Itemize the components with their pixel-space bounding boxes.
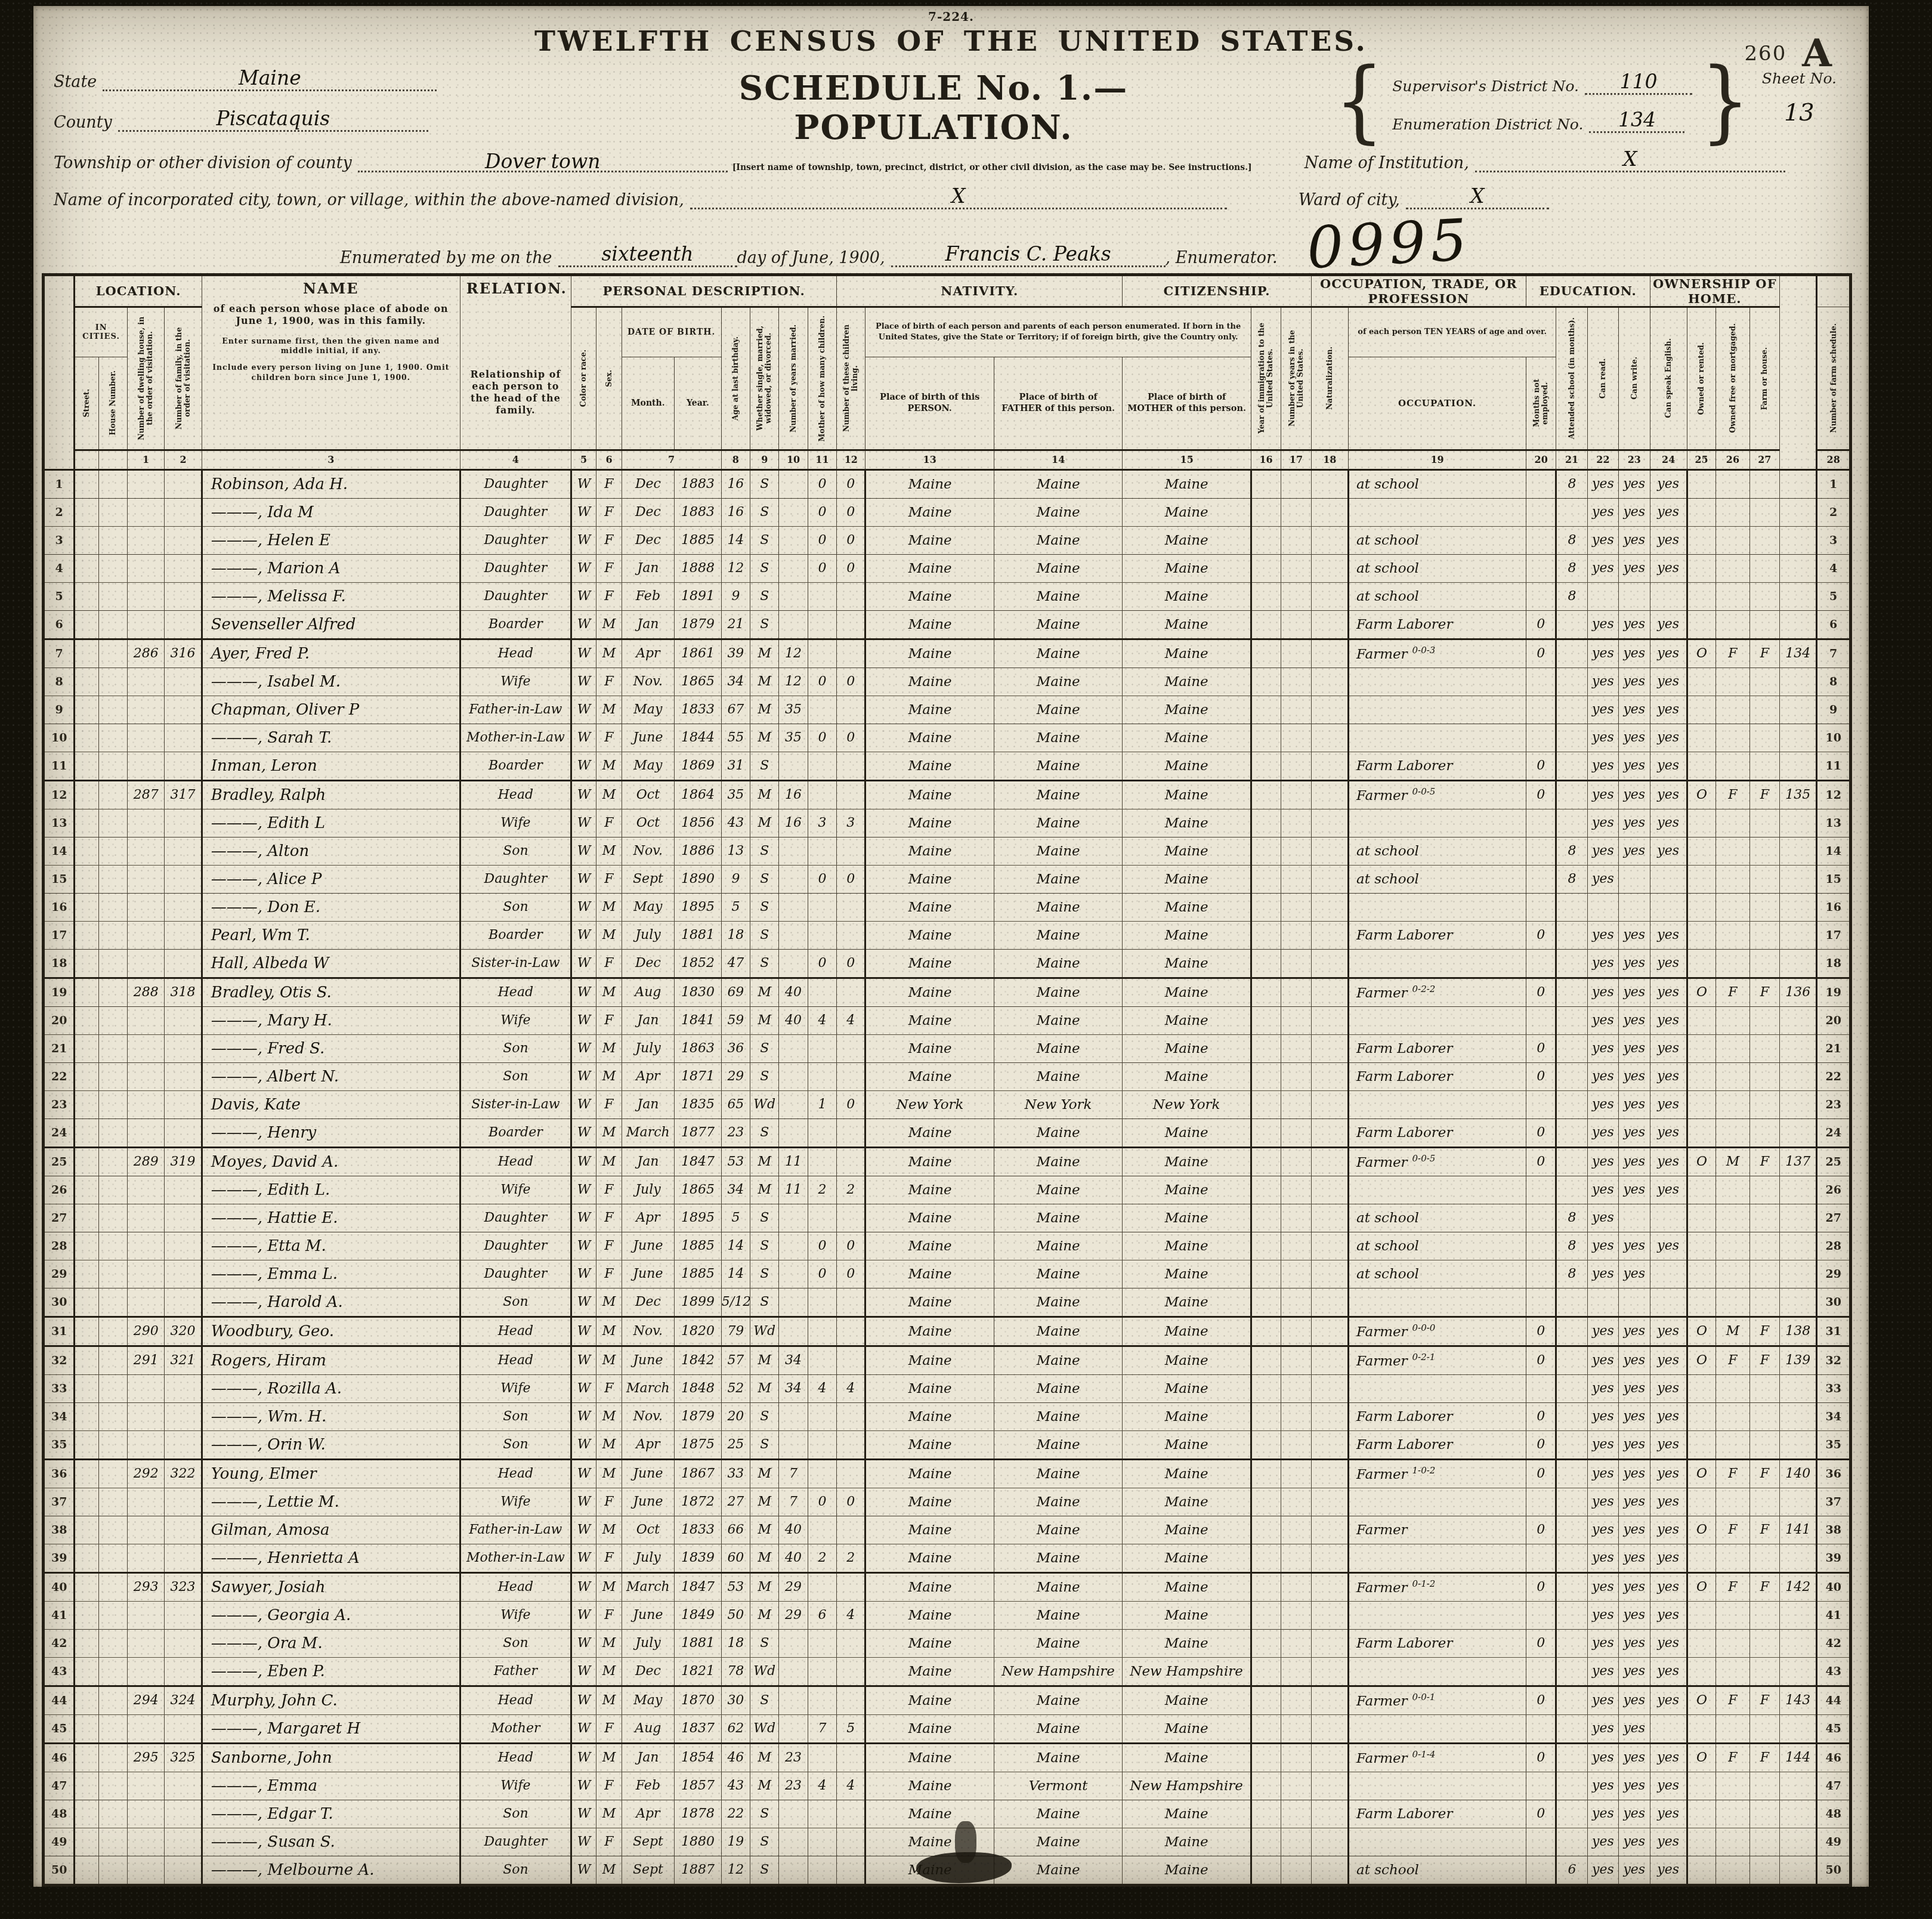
- cell-m: S: [750, 893, 779, 921]
- cell-mn: 0: [1526, 921, 1556, 949]
- cell-en: yes: [1650, 1118, 1687, 1147]
- cell-att: [1556, 1743, 1587, 1772]
- cell-yis: [1281, 865, 1311, 893]
- cell-ym: 16: [779, 780, 808, 809]
- cell-fam: 317: [165, 780, 202, 809]
- line-number: 34: [1817, 1402, 1851, 1430]
- cell-yr: 1847: [675, 1572, 722, 1601]
- cell-name: ———, Henrietta A: [202, 1544, 460, 1572]
- cell-occ: at school: [1349, 469, 1526, 498]
- cell-imm: [1251, 1459, 1281, 1488]
- cell-pb: Maine: [865, 668, 994, 696]
- cell-pb: Maine: [865, 921, 994, 949]
- cell-imm: [1251, 809, 1281, 837]
- cell-c: W: [571, 1601, 596, 1629]
- cell-fs: [1779, 1657, 1816, 1686]
- cell-fm: [1716, 1657, 1749, 1686]
- cell-mo: Dec: [622, 949, 675, 978]
- cell-mo: May: [622, 752, 675, 780]
- cell-yr: 1891: [675, 582, 722, 610]
- cell-s: M: [596, 1629, 622, 1657]
- cell-rd: yes: [1587, 1544, 1618, 1572]
- cell-mn: 0: [1526, 1062, 1556, 1090]
- cell-name: ———, Isabel M.: [202, 668, 460, 696]
- cell-imm: [1251, 978, 1281, 1006]
- cell-fh: [1749, 949, 1779, 978]
- line-number: 48: [44, 1800, 75, 1828]
- cell-fm: [1716, 1402, 1749, 1430]
- line-number: 23: [44, 1090, 75, 1118]
- cell-m: S: [750, 554, 779, 582]
- cell-dw: [127, 724, 164, 752]
- cell-fh: F: [1749, 1572, 1779, 1601]
- cell-wr: yes: [1619, 949, 1650, 978]
- cell-fh: [1749, 554, 1779, 582]
- cell-rd: yes: [1587, 752, 1618, 780]
- col-farm-or-house: Farm or house.: [1749, 307, 1779, 450]
- col-naturalization: Naturalization.: [1311, 307, 1348, 450]
- cell-wr: yes: [1619, 1062, 1650, 1090]
- cell-wr: yes: [1619, 1772, 1650, 1800]
- cell-rd: yes: [1587, 724, 1618, 752]
- cell-pb: Maine: [865, 582, 994, 610]
- cell-pm: New Hampshire: [1123, 1657, 1251, 1686]
- cell-fam: [165, 893, 202, 921]
- cell-pb: Maine: [865, 1800, 994, 1828]
- col-age: Age at last birthday.: [721, 307, 750, 450]
- cell-nat: [1311, 921, 1348, 949]
- cell-s: F: [596, 1232, 622, 1260]
- cell-rd: yes: [1587, 554, 1618, 582]
- cell-m: M: [750, 1516, 779, 1544]
- cell-yis: [1281, 610, 1311, 639]
- cell-house: [98, 837, 127, 865]
- cell-fam: [165, 1034, 202, 1062]
- cell-nat: [1311, 837, 1348, 865]
- cell-wr: yes: [1619, 921, 1650, 949]
- cell-yr: 1867: [675, 1459, 722, 1488]
- cell-m: M: [750, 1374, 779, 1402]
- cell-nat: [1311, 1572, 1348, 1601]
- cell-yr: 1852: [675, 949, 722, 978]
- cell-cl: [837, 1062, 865, 1090]
- cell-mo: Oct: [622, 780, 675, 809]
- cell-house: [98, 949, 127, 978]
- page-stamp-number: 260: [1744, 42, 1786, 66]
- cell-nat: [1311, 1430, 1348, 1459]
- cell-occ: Farmer: [1349, 1516, 1526, 1544]
- cell-own: O: [1687, 1317, 1715, 1346]
- cell-rel: Head: [460, 1147, 571, 1176]
- cell-name: ———, Harold A.: [202, 1288, 460, 1317]
- cell-fam: [165, 1232, 202, 1260]
- cell-wr: yes: [1619, 1601, 1650, 1629]
- cell-pf: Maine: [994, 1516, 1123, 1544]
- cell-ym: 35: [779, 724, 808, 752]
- cell-yr: 1880: [675, 1828, 722, 1856]
- cell-street: [75, 1034, 98, 1062]
- cell-age: 69: [721, 978, 750, 1006]
- cell-yr: 1837: [675, 1714, 722, 1743]
- cell-ym: [779, 1657, 808, 1686]
- cell-mo: Nov.: [622, 668, 675, 696]
- cell-mc: [808, 1288, 836, 1317]
- cell-street: [75, 1402, 98, 1430]
- cell-rd: yes: [1587, 1062, 1618, 1090]
- cell-mo: Nov.: [622, 1317, 675, 1346]
- cell-yis: [1281, 1118, 1311, 1147]
- cell-nat: [1311, 1176, 1348, 1204]
- cell-house: [98, 1828, 127, 1856]
- line-number: 34: [44, 1402, 75, 1430]
- cell-name: ———, Alice P: [202, 865, 460, 893]
- cell-yr: 1841: [675, 1006, 722, 1034]
- cell-rd: yes: [1587, 668, 1618, 696]
- cell-name: Bradley, Otis S.: [202, 978, 460, 1006]
- cell-yr: 1854: [675, 1743, 722, 1772]
- cell-pm: Maine: [1123, 1118, 1251, 1147]
- cell-own: [1687, 1204, 1715, 1232]
- cell-dw: [127, 1800, 164, 1828]
- cell-s: M: [596, 837, 622, 865]
- cell-fs: 143: [1779, 1686, 1816, 1714]
- line-number: 44: [44, 1686, 75, 1714]
- state-value: Maine: [103, 66, 437, 91]
- cell-street: [75, 865, 98, 893]
- cell-en: yes: [1650, 1856, 1687, 1885]
- table-row: 9Chapman, Oliver PFather-in-LawWMMay1833…: [44, 696, 1851, 724]
- cell-name: ———, Ora M.: [202, 1629, 460, 1657]
- cell-wr: yes: [1619, 1743, 1650, 1772]
- cell-age: 22: [721, 1800, 750, 1828]
- cell-cl: 0: [837, 1260, 865, 1288]
- table-row: 46295325Sanborne, JohnHeadWMJan185446M23…: [44, 1743, 1851, 1772]
- table-row: 42———, Ora M.SonWMJuly188118SMaineMaineM…: [44, 1629, 1851, 1657]
- column-number: 4: [460, 450, 571, 469]
- cell-att: [1556, 1629, 1587, 1657]
- cell-pm: New York: [1123, 1090, 1251, 1118]
- cell-yis: [1281, 1232, 1311, 1260]
- cell-fh: [1749, 724, 1779, 752]
- cell-cl: [837, 921, 865, 949]
- cell-yis: [1281, 893, 1311, 921]
- cell-own: [1687, 526, 1715, 554]
- cell-fs: [1779, 724, 1816, 752]
- table-row: 49———, Susan S.DaughterWFSept188019SMain…: [44, 1828, 1851, 1856]
- cell-pf: Maine: [994, 1118, 1123, 1147]
- cell-fh: [1749, 1374, 1779, 1402]
- cell-c: W: [571, 639, 596, 668]
- cell-att: 8: [1556, 865, 1587, 893]
- cell-imm: [1251, 1232, 1281, 1260]
- cell-yr: 1879: [675, 1402, 722, 1430]
- column-number: 11: [808, 450, 836, 469]
- cell-ym: 12: [779, 639, 808, 668]
- cell-rel: Wife: [460, 1488, 571, 1516]
- cell-en: yes: [1650, 1147, 1687, 1176]
- cell-rel: Wife: [460, 1006, 571, 1034]
- cell-ym: [779, 1260, 808, 1288]
- cell-att: [1556, 498, 1587, 526]
- cell-s: M: [596, 639, 622, 668]
- cell-fm: [1716, 752, 1749, 780]
- cell-dw: 287: [127, 780, 164, 809]
- cell-pf: Maine: [994, 1260, 1123, 1288]
- cell-own: O: [1687, 1459, 1715, 1488]
- cell-fam: [165, 1062, 202, 1090]
- cell-fh: [1749, 1772, 1779, 1800]
- cell-name: ———, Edgar T.: [202, 1800, 460, 1828]
- cell-nat: [1311, 639, 1348, 668]
- cell-age: 14: [721, 526, 750, 554]
- cell-wr: [1619, 582, 1650, 610]
- cell-c: W: [571, 837, 596, 865]
- state-field: State Maine: [54, 66, 620, 91]
- line-number: 47: [44, 1772, 75, 1800]
- cell-yr: 1887: [675, 1856, 722, 1885]
- line-number: 47: [1817, 1772, 1851, 1800]
- cell-mc: [808, 1828, 836, 1856]
- cell-fs: [1779, 1828, 1816, 1856]
- cell-street: [75, 1288, 98, 1317]
- line-number: 2: [1817, 498, 1851, 526]
- cell-pb: Maine: [865, 1516, 994, 1544]
- cell-rd: yes: [1587, 1317, 1618, 1346]
- cell-age: 50: [721, 1601, 750, 1629]
- cell-yr: 1895: [675, 893, 722, 921]
- schedule-block: SCHEDULE No. 1.—POPULATION.: [620, 66, 1247, 147]
- cell-nat: [1311, 865, 1348, 893]
- cell-wr: yes: [1619, 1686, 1650, 1714]
- cell-mn: [1526, 1090, 1556, 1118]
- cell-fs: [1779, 1288, 1816, 1317]
- cell-pb: Maine: [865, 1601, 994, 1629]
- cell-fs: 140: [1779, 1459, 1816, 1488]
- cell-fm: [1716, 582, 1749, 610]
- cell-rel: Son: [460, 1288, 571, 1317]
- cell-pm: Maine: [1123, 837, 1251, 865]
- cell-yis: [1281, 1374, 1311, 1402]
- cell-occ: at school: [1349, 1232, 1526, 1260]
- cell-c: W: [571, 1516, 596, 1544]
- cell-age: 78: [721, 1657, 750, 1686]
- cell-mn: [1526, 1828, 1556, 1856]
- cell-fam: [165, 1430, 202, 1459]
- cell-mo: Sept: [622, 865, 675, 893]
- cell-pm: Maine: [1123, 1204, 1251, 1232]
- line-number: 25: [1817, 1147, 1851, 1176]
- cell-rd: yes: [1587, 1800, 1618, 1828]
- line-number: 5: [44, 582, 75, 610]
- cell-s: F: [596, 1828, 622, 1856]
- cell-name: Gilman, Amosa: [202, 1516, 460, 1544]
- cell-en: [1650, 1204, 1687, 1232]
- cell-pf: Maine: [994, 893, 1123, 921]
- cell-yis: [1281, 1686, 1311, 1714]
- cell-imm: [1251, 1317, 1281, 1346]
- cell-cl: [837, 1317, 865, 1346]
- cell-yr: 1865: [675, 1176, 722, 1204]
- cell-rel: Head: [460, 1572, 571, 1601]
- cell-dw: [127, 469, 164, 498]
- cell-rd: yes: [1587, 1686, 1618, 1714]
- cell-mc: [808, 837, 836, 865]
- cell-c: W: [571, 1772, 596, 1800]
- cell-pf: Maine: [994, 696, 1123, 724]
- cell-rd: yes: [1587, 1459, 1618, 1488]
- cell-c: W: [571, 1714, 596, 1743]
- cell-house: [98, 1686, 127, 1714]
- cell-en: yes: [1650, 1402, 1687, 1430]
- cell-yis: [1281, 1601, 1311, 1629]
- cell-mn: [1526, 865, 1556, 893]
- cell-name: ———, Eben P.: [202, 1657, 460, 1686]
- cell-own: [1687, 1062, 1715, 1090]
- cell-pf: Maine: [994, 1062, 1123, 1090]
- cell-cl: [837, 1118, 865, 1147]
- col-month: Month.: [622, 357, 675, 450]
- cell-wr: yes: [1619, 554, 1650, 582]
- col-marital: Whether single, married, widowed, or div…: [750, 307, 779, 450]
- table-row: 11Inman, LeronBoarderWMMay186931SMaineMa…: [44, 752, 1851, 780]
- cell-occ: at school: [1349, 1260, 1526, 1288]
- cell-rd: yes: [1587, 1090, 1618, 1118]
- cell-yis: [1281, 1346, 1311, 1374]
- name-group-title: NAME: [208, 280, 454, 297]
- cell-dw: [127, 1430, 164, 1459]
- cell-dw: [127, 1402, 164, 1430]
- cell-occ: at school: [1349, 865, 1526, 893]
- cell-name: Ayer, Fred P.: [202, 639, 460, 668]
- cell-name: ———, Edith L: [202, 809, 460, 837]
- cell-occ: at school: [1349, 1204, 1526, 1232]
- cell-fh: [1749, 1006, 1779, 1034]
- cell-age: 53: [721, 1147, 750, 1176]
- cell-att: [1556, 1772, 1587, 1800]
- cell-fam: [165, 469, 202, 498]
- cell-mo: Dec: [622, 1657, 675, 1686]
- cell-dw: [127, 865, 164, 893]
- left-gutter-header: [44, 274, 75, 469]
- column-number: 1: [127, 450, 164, 469]
- cell-nat: [1311, 724, 1348, 752]
- cell-fh: [1749, 469, 1779, 498]
- cell-own: [1687, 1856, 1715, 1885]
- cell-fm: [1716, 668, 1749, 696]
- cell-street: [75, 1062, 98, 1090]
- cell-pm: Maine: [1123, 893, 1251, 921]
- cell-fam: [165, 1856, 202, 1885]
- census-rows: 1Robinson, Ada H.DaughterWFDec188316S00M…: [44, 469, 1851, 1885]
- group-ownership: OWNERSHIP OF HOME.: [1650, 274, 1779, 307]
- cell-fh: F: [1749, 978, 1779, 1006]
- cell-att: 8: [1556, 582, 1587, 610]
- cell-rd: yes: [1587, 1657, 1618, 1686]
- cell-ym: 40: [779, 1516, 808, 1544]
- cell-m: S: [750, 1204, 779, 1232]
- cell-pf: Maine: [994, 1317, 1123, 1346]
- line-number: 49: [1817, 1828, 1851, 1856]
- cell-occ: Farmer0-0-0: [1349, 1317, 1526, 1346]
- cell-own: O: [1687, 780, 1715, 809]
- cell-rel: Father-in-Law: [460, 696, 571, 724]
- cell-yr: 1885: [675, 1260, 722, 1288]
- cell-mc: [808, 1629, 836, 1657]
- cell-pm: Maine: [1123, 1488, 1251, 1516]
- cell-en: yes: [1650, 668, 1687, 696]
- cell-fm: [1716, 1118, 1749, 1147]
- cell-c: W: [571, 498, 596, 526]
- cell-pm: Maine: [1123, 1714, 1251, 1743]
- enumerated-mid: day of June, 1900,: [737, 249, 885, 267]
- cell-pm: Maine: [1123, 526, 1251, 554]
- cell-yis: [1281, 978, 1311, 1006]
- column-number: 28: [1817, 450, 1851, 469]
- cell-en: yes: [1650, 1772, 1687, 1800]
- county-field: County Piscataquis: [54, 107, 620, 132]
- cell-m: S: [750, 921, 779, 949]
- cell-cl: [837, 752, 865, 780]
- cell-fs: [1779, 1544, 1816, 1572]
- cell-mn: [1526, 469, 1556, 498]
- cell-pb: Maine: [865, 893, 994, 921]
- column-number: 9: [750, 450, 779, 469]
- cell-street: [75, 1090, 98, 1118]
- cell-imm: [1251, 1743, 1281, 1772]
- cell-dw: [127, 1629, 164, 1657]
- cell-fm: [1716, 1800, 1749, 1828]
- cell-en: yes: [1650, 1034, 1687, 1062]
- cell-s: F: [596, 1772, 622, 1800]
- cell-yr: 1875: [675, 1430, 722, 1459]
- table-row: 34———, Wm. H.SonWMNov.187920SMaineMaineM…: [44, 1402, 1851, 1430]
- cell-cl: 0: [837, 865, 865, 893]
- cell-name: ———, Lettie M.: [202, 1488, 460, 1516]
- schedule-title: SCHEDULE No. 1.—POPULATION.: [620, 69, 1247, 147]
- cell-en: yes: [1650, 1686, 1687, 1714]
- cell-ym: [779, 1686, 808, 1714]
- cell-fh: [1749, 752, 1779, 780]
- cell-fm: F: [1716, 639, 1749, 668]
- cell-en: yes: [1650, 1430, 1687, 1459]
- cell-pf: Maine: [994, 668, 1123, 696]
- cell-yr: 1849: [675, 1601, 722, 1629]
- cell-en: yes: [1650, 554, 1687, 582]
- line-number: 37: [1817, 1488, 1851, 1516]
- line-number: 24: [1817, 1118, 1851, 1147]
- line-number: 17: [44, 921, 75, 949]
- cell-m: M: [750, 1772, 779, 1800]
- cell-rd: yes: [1587, 1572, 1618, 1601]
- cell-pb: Maine: [865, 1260, 994, 1288]
- cell-en: yes: [1650, 1488, 1687, 1516]
- cell-cl: 5: [837, 1714, 865, 1743]
- cell-mo: May: [622, 696, 675, 724]
- cell-rel: Boarder: [460, 752, 571, 780]
- cell-en: [1650, 1714, 1687, 1743]
- cell-mn: 0: [1526, 610, 1556, 639]
- cell-occ: [1349, 893, 1526, 921]
- cell-pb: Maine: [865, 1743, 994, 1772]
- cell-mn: [1526, 1714, 1556, 1743]
- col-attended-school: Attended school (in months).: [1556, 307, 1587, 450]
- cell-pb: Maine: [865, 1488, 994, 1516]
- cell-att: [1556, 949, 1587, 978]
- cell-house: [98, 1743, 127, 1772]
- cell-pm: Maine: [1123, 1430, 1251, 1459]
- cell-fs: 138: [1779, 1317, 1816, 1346]
- cell-cl: [837, 978, 865, 1006]
